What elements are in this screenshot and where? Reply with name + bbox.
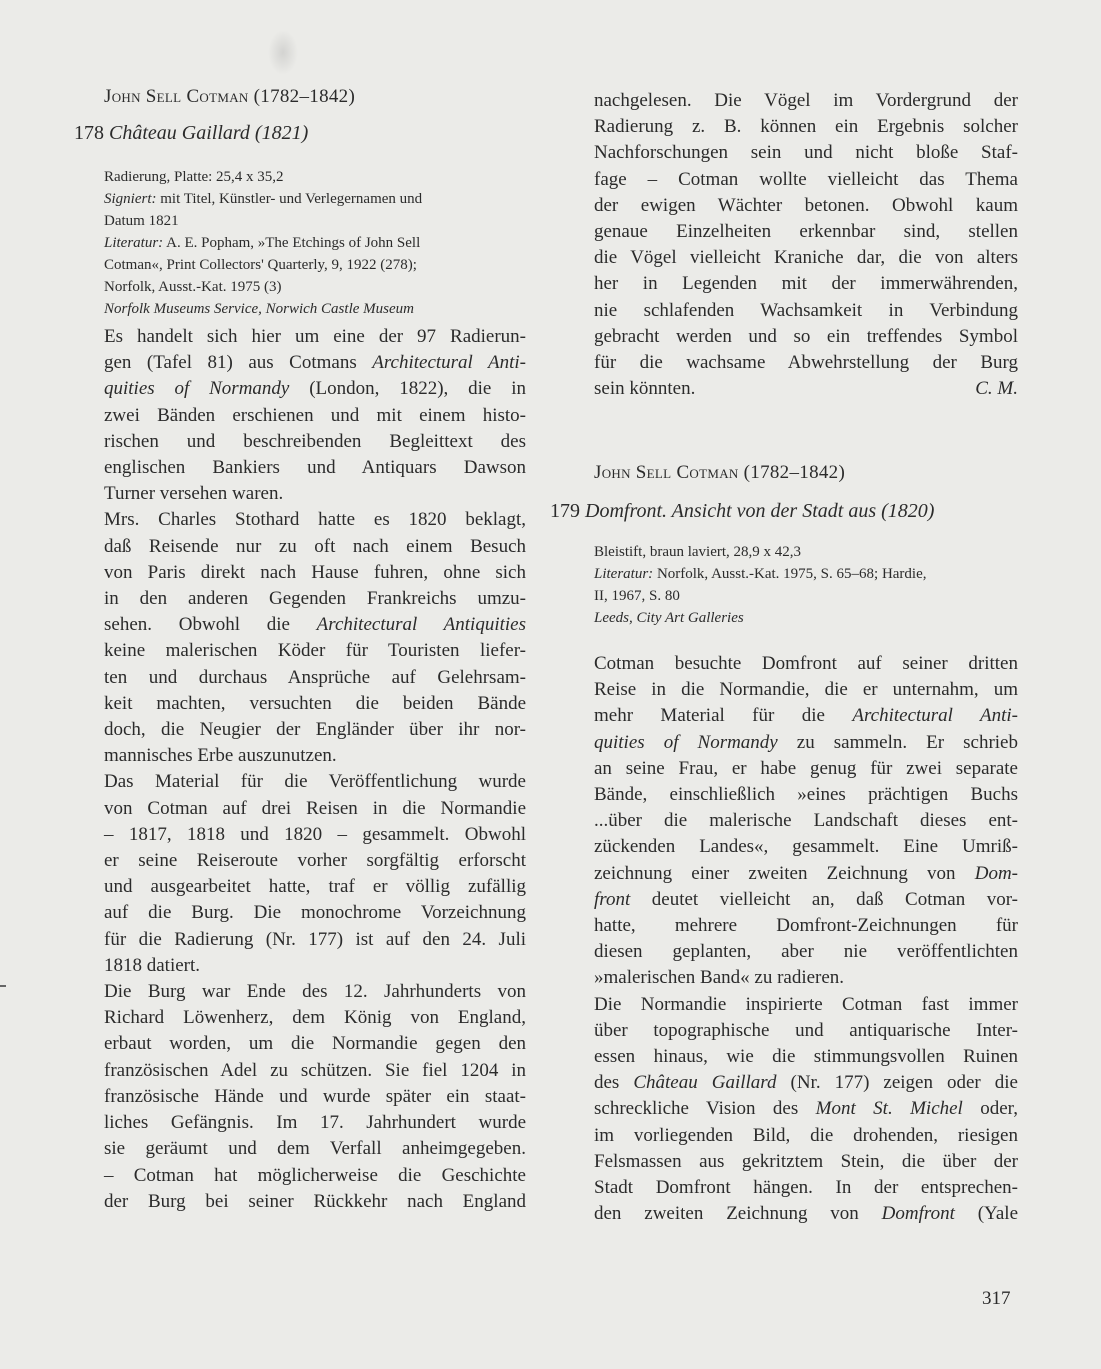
body-line: zwei Bänden erschienen und mit einem his…: [104, 403, 526, 429]
body-line: in den anderen Gegenden Frankreichs umzu…: [104, 586, 526, 612]
body-line: keine malerischen Köder für Touristen li…: [104, 638, 526, 664]
body-line: von Paris direkt nach Hause fuhren, ohne…: [104, 560, 526, 586]
body-line: rischen und beschreibenden Begleittext d…: [104, 429, 526, 455]
body-line: diesen geplanten, aber nie veröffentlich…: [594, 939, 1018, 965]
body-line: »malerischen Band« zu radieren.: [594, 965, 1018, 991]
entry-178-number: 178: [74, 122, 104, 144]
entry-179-title: Domfront. Ansicht von der Stadt aus (182…: [585, 500, 934, 522]
entry-179-heading: 179 Domfront. Ansicht von der Stadt aus …: [550, 500, 934, 523]
body-line: er seine Reiseroute vorher sorgfältig er…: [104, 848, 526, 874]
body-line: ...über die malerische Landschaft dieses…: [594, 808, 1018, 834]
body-line: sehen. Obwohl die Architectural Antiquit…: [104, 612, 526, 638]
entry-178-body: Es handelt sich hier um eine der 97 Radi…: [104, 324, 526, 1215]
body-line: im vorliegenden Bild, die drohenden, rie…: [594, 1123, 1018, 1149]
body-line: gen (Tafel 81) aus Cotmans Architectural…: [104, 350, 526, 376]
entry-179-body: Cotman besuchte Domfront auf seiner drit…: [594, 651, 1018, 1227]
body-line: zückenden Landes«, gesammelt. Eine Umriß…: [594, 834, 1018, 860]
body-line: front deutet vielleicht an, daß Cotman v…: [594, 887, 1018, 913]
entry-178-author: John Sell Cotman (1782–1842): [104, 86, 355, 108]
entry-179-number: 179: [550, 500, 580, 522]
body-line: Cotman besuchte Domfront auf seiner drit…: [594, 651, 1018, 677]
body-line: quities of Normandy zu sammeln. Er schri…: [594, 730, 1018, 756]
body-line: für die wachsame Abwehrstellung der Burg: [594, 350, 1018, 376]
literature-value: A. E. Popham, »The Etchings of John Sell: [163, 235, 420, 251]
body-line: Es handelt sich hier um eine der 97 Radi…: [104, 324, 526, 350]
page-number: 317: [982, 1288, 1011, 1310]
entry-179-medium: Bleistift, braun laviert, 28,9 x 42,3: [594, 541, 1018, 563]
signed-label: Signiert:: [104, 191, 157, 207]
entry-179-collection: Leeds, City Art Galleries: [594, 610, 744, 626]
entry-179-meta: Bleistift, braun laviert, 28,9 x 42,3 Li…: [594, 541, 1018, 629]
literature-value: Norfolk, Ausst.-Kat. 1975, S. 65–68; Har…: [653, 566, 926, 582]
body-line: die Vögel vielleicht Kraniche dar, die v…: [594, 245, 1018, 271]
body-line: fage – Cotman wollte vielleicht das Them…: [594, 167, 1018, 193]
body-line: Bände, einschließlich »eines prächtigen …: [594, 782, 1018, 808]
body-line: essen hinaus, wie die stimmungsvollen Ru…: [594, 1044, 1018, 1070]
body-line: Mrs. Charles Stothard hatte es 1820 bekl…: [104, 507, 526, 533]
body-line-text: sein könnten.: [594, 376, 695, 402]
edge-mark: [0, 985, 6, 987]
entry-178-meta: Radierung, Platte: 25,4 x 35,2 Signiert:…: [104, 166, 526, 320]
entry-179-author: John Sell Cotman (1782–1842): [594, 462, 845, 484]
entry-178-medium: Radierung, Platte: 25,4 x 35,2: [104, 166, 526, 188]
body-line: Radierung z. B. können ein Ergebnis solc…: [594, 114, 1018, 140]
body-line: quities of Normandy (London, 1822), die …: [104, 376, 526, 402]
literature-label: Literatur:: [594, 566, 653, 582]
body-line: der Burg bei seiner Rückkehr nach Englan…: [104, 1189, 526, 1215]
body-line: sie geräumt und dem Verfall anheimgegebe…: [104, 1136, 526, 1162]
body-line: Richard Löwenherz, dem König von England…: [104, 1005, 526, 1031]
body-line: mehr Material für die Architectural Anti…: [594, 703, 1018, 729]
body-line: zeichnung einer zweiten Zeichnung von Do…: [594, 861, 1018, 887]
body-line: gebracht werden und so ein treffendes Sy…: [594, 324, 1018, 350]
body-line: Turner versehen waren.: [104, 481, 526, 507]
body-line: her in Legenden mit der immerwährenden,: [594, 271, 1018, 297]
body-line: erbaut worden, um die Normandie gegen de…: [104, 1031, 526, 1057]
body-line: 1818 datiert.: [104, 953, 526, 979]
literature-label: Literatur:: [104, 235, 163, 251]
body-line: doch, die Neugier der Engländer über ihr…: [104, 717, 526, 743]
entry-178-title: Château Gaillard (1821): [109, 122, 308, 144]
signed-value: mit Titel, Künstler- und Verlegernamen u…: [157, 191, 423, 207]
literature-value-cont: II, 1967, S. 80: [594, 585, 1018, 607]
body-line: nie schlafenden Wachsamkeit in Verbindun…: [594, 298, 1018, 324]
body-line: Die Burg war Ende des 12. Jahrhunderts v…: [104, 979, 526, 1005]
body-line: schreckliche Vision des Mont St. Michel …: [594, 1096, 1018, 1122]
body-line: genaue Einzelheiten erkennbar sind, stel…: [594, 219, 1018, 245]
body-line: Reise in die Normandie, die er unternahm…: [594, 677, 1018, 703]
body-line: hatte, mehrere Domfront-Zeichnungen für: [594, 913, 1018, 939]
body-line: keit machten, versuchten die beiden Bänd…: [104, 691, 526, 717]
body-line: französischen Adel zu schützen. Sie fiel…: [104, 1058, 526, 1084]
body-line: französische Hände und wurde später ein …: [104, 1084, 526, 1110]
body-line-with-signature: sein könnten. C. M.: [594, 376, 1018, 402]
body-line: Felsmassen aus gekritztem Stein, die übe…: [594, 1149, 1018, 1175]
body-line: liches Gefängnis. Im 17. Jahrhundert wur…: [104, 1110, 526, 1136]
entry-178-heading: 178 Château Gaillard (1821): [74, 122, 308, 145]
body-line: – Cotman hat möglicherweise die Geschich…: [104, 1163, 526, 1189]
body-line: ten und durchaus Ansprüche auf Gelehrsam…: [104, 665, 526, 691]
body-line: von Cotman auf drei Reisen in die Norman…: [104, 796, 526, 822]
entry-178-collection: Norfolk Museums Service, Norwich Castle …: [104, 301, 414, 317]
signed-value-cont: Datum 1821: [104, 210, 526, 232]
body-line: über topographische und antiquarische In…: [594, 1018, 1018, 1044]
body-line: Nachforschungen sein und nicht bloße Sta…: [594, 140, 1018, 166]
body-line: an seine Frau, er habe genug für zwei se…: [594, 756, 1018, 782]
body-line: des Château Gaillard (Nr. 177) zeigen od…: [594, 1070, 1018, 1096]
entry-178-continuation: nachgelesen. Die Vögel im Vordergrund de…: [594, 88, 1018, 402]
body-line: Das Material für die Veröffentlichung wu…: [104, 769, 526, 795]
body-line: für die Radierung (Nr. 177) ist auf den …: [104, 927, 526, 953]
body-line: auf die Burg. Die monochrome Vorzeichnun…: [104, 900, 526, 926]
body-line: daß Reisende nur zu oft nach einem Besuc…: [104, 534, 526, 560]
body-line: den zweiten Zeichnung von Domfront (Yale: [594, 1201, 1018, 1227]
body-line: englischen Bankiers und Antiquars Dawson: [104, 455, 526, 481]
literature-value-cont: Norfolk, Ausst.-Kat. 1975 (3): [104, 276, 526, 298]
body-line: – 1817, 1818 und 1820 – gesammelt. Obwoh…: [104, 822, 526, 848]
body-line: Stadt Domfront hängen. In der entspreche…: [594, 1175, 1018, 1201]
paper-smudge: [268, 30, 298, 75]
literature-value-cont: Cotman«, Print Collectors' Quarterly, 9,…: [104, 254, 526, 276]
author-signature: C. M.: [975, 376, 1018, 402]
body-line: Die Normandie inspirierte Cotman fast im…: [594, 992, 1018, 1018]
body-line: und ausgearbeitet hatte, traf er völlig …: [104, 874, 526, 900]
body-line: mannisches Erbe auszunutzen.: [104, 743, 526, 769]
body-line: nachgelesen. Die Vögel im Vordergrund de…: [594, 88, 1018, 114]
body-line: der ewigen Wächter betonen. Obwohl kaum: [594, 193, 1018, 219]
